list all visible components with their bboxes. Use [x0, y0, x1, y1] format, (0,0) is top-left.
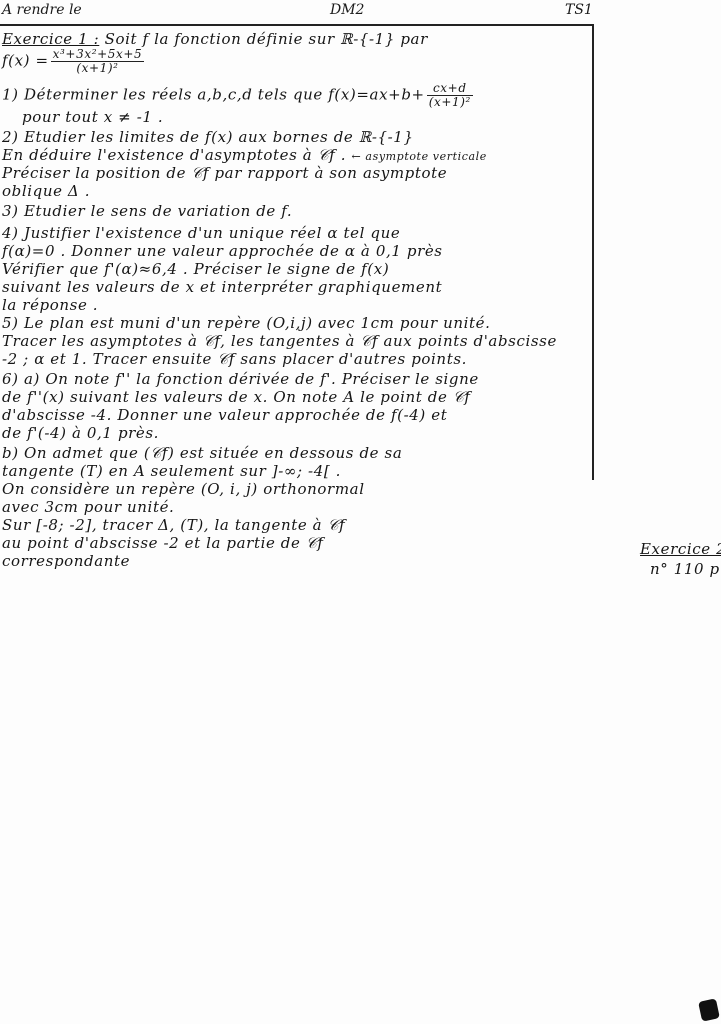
exercise2-header: Exercice 2 : [640, 540, 721, 558]
q1-numerator: cx+d [427, 82, 473, 96]
header-underline [0, 24, 592, 26]
question-6a-cont2: d'abscisse -4. Donner une valeur approch… [2, 406, 447, 424]
question-2-cont1: En déduire l'existence d'asymptotes à 𝒞f… [2, 146, 487, 164]
q2b-text: En déduire l'existence d'asymptotes à 𝒞f… [2, 146, 346, 164]
question-6b-cont5: au point d'abscisse -2 et la partie de 𝒞… [2, 534, 324, 552]
q1-fraction: cx+d(x+1)² [427, 82, 473, 109]
fx-label: f(x) = [2, 52, 49, 70]
question-4: 4) Justifier l'existence d'un unique rée… [2, 224, 400, 242]
scanned-page: A rendre le DM2 TS1 Exercice 1 : Soit f … [0, 0, 721, 1024]
question-4-cont4: la réponse . [2, 296, 98, 314]
question-5-cont1: Tracer les asymptotes à 𝒞f, les tangente… [2, 332, 557, 350]
question-6b-cont4: Sur [-8; -2], tracer Δ, (T), la tangente… [2, 516, 345, 534]
corner-mark [698, 998, 720, 1021]
exercise2-title: Exercice 2 : [640, 540, 721, 558]
question-1-cont: pour tout x ≠ -1 . [22, 108, 163, 126]
fx-numerator: x³+3x²+5x+5 [51, 48, 145, 62]
question-2: 2) Etudier les limites de f(x) aux borne… [2, 128, 414, 146]
question-6b-cont3: avec 3cm pour unité. [2, 498, 174, 516]
exercise1-intro: Soit f la fonction définie sur ℝ-{-1} pa… [105, 30, 428, 48]
question-2-cont3: oblique Δ . [2, 182, 90, 200]
question-4-cont3: suivant les valeurs de x et interpréter … [2, 278, 442, 296]
exercise1-header: Exercice 1 : Soit f la fonction définie … [2, 30, 428, 48]
question-6a-cont1: de f''(x) suivant les valeurs de x. On n… [2, 388, 471, 406]
exercise1-title: Exercice 1 : [2, 30, 99, 48]
question-4-cont1: f(α)=0 . Donner une valeur approchée de … [2, 242, 443, 260]
question-6b-cont6: correspondante [2, 552, 130, 570]
fx-fraction: x³+3x²+5x+5(x+1)² [51, 48, 145, 75]
function-definition: f(x) =x³+3x²+5x+5(x+1)² [2, 48, 146, 75]
question-6b-cont1: tangente (T) en A seulement sur ]-∞; -4[… [2, 462, 341, 480]
fx-denominator: (x+1)² [51, 62, 145, 75]
question-6b: b) On admet que (𝒞f) est située en desso… [2, 444, 402, 462]
question-5-cont2: -2 ; α et 1. Tracer ensuite 𝒞f sans plac… [2, 350, 467, 368]
question-2-cont2: Préciser la position de 𝒞f par rapport à… [2, 164, 447, 182]
question-5: 5) Le plan est muni d'un repère (O,i,j) … [2, 314, 490, 332]
class-label: TS1 [565, 2, 593, 18]
due-date-label: A rendre le [2, 2, 82, 18]
question-6b-cont2: On considère un repère (O, i, j) orthono… [2, 480, 365, 498]
exercise2-reference: n° 110 p 91 [650, 560, 721, 578]
margin-note: ← asymptote verticale [352, 150, 487, 163]
q1-text: 1) Déterminer les réels a,b,c,d tels que… [2, 86, 425, 104]
question-1: 1) Déterminer les réels a,b,c,d tels que… [2, 82, 475, 109]
margin-rule [592, 24, 594, 480]
assignment-title: DM2 [330, 2, 364, 18]
question-6a-cont3: de f'(-4) à 0,1 près. [2, 424, 159, 442]
question-3: 3) Etudier le sens de variation de f. [2, 202, 292, 220]
q1-denominator: (x+1)² [427, 96, 473, 109]
question-6a: 6) a) On note f'' la fonction dérivée de… [2, 370, 479, 388]
question-4-cont2: Vérifier que f'(α)≈6,4 . Préciser le sig… [2, 260, 389, 278]
